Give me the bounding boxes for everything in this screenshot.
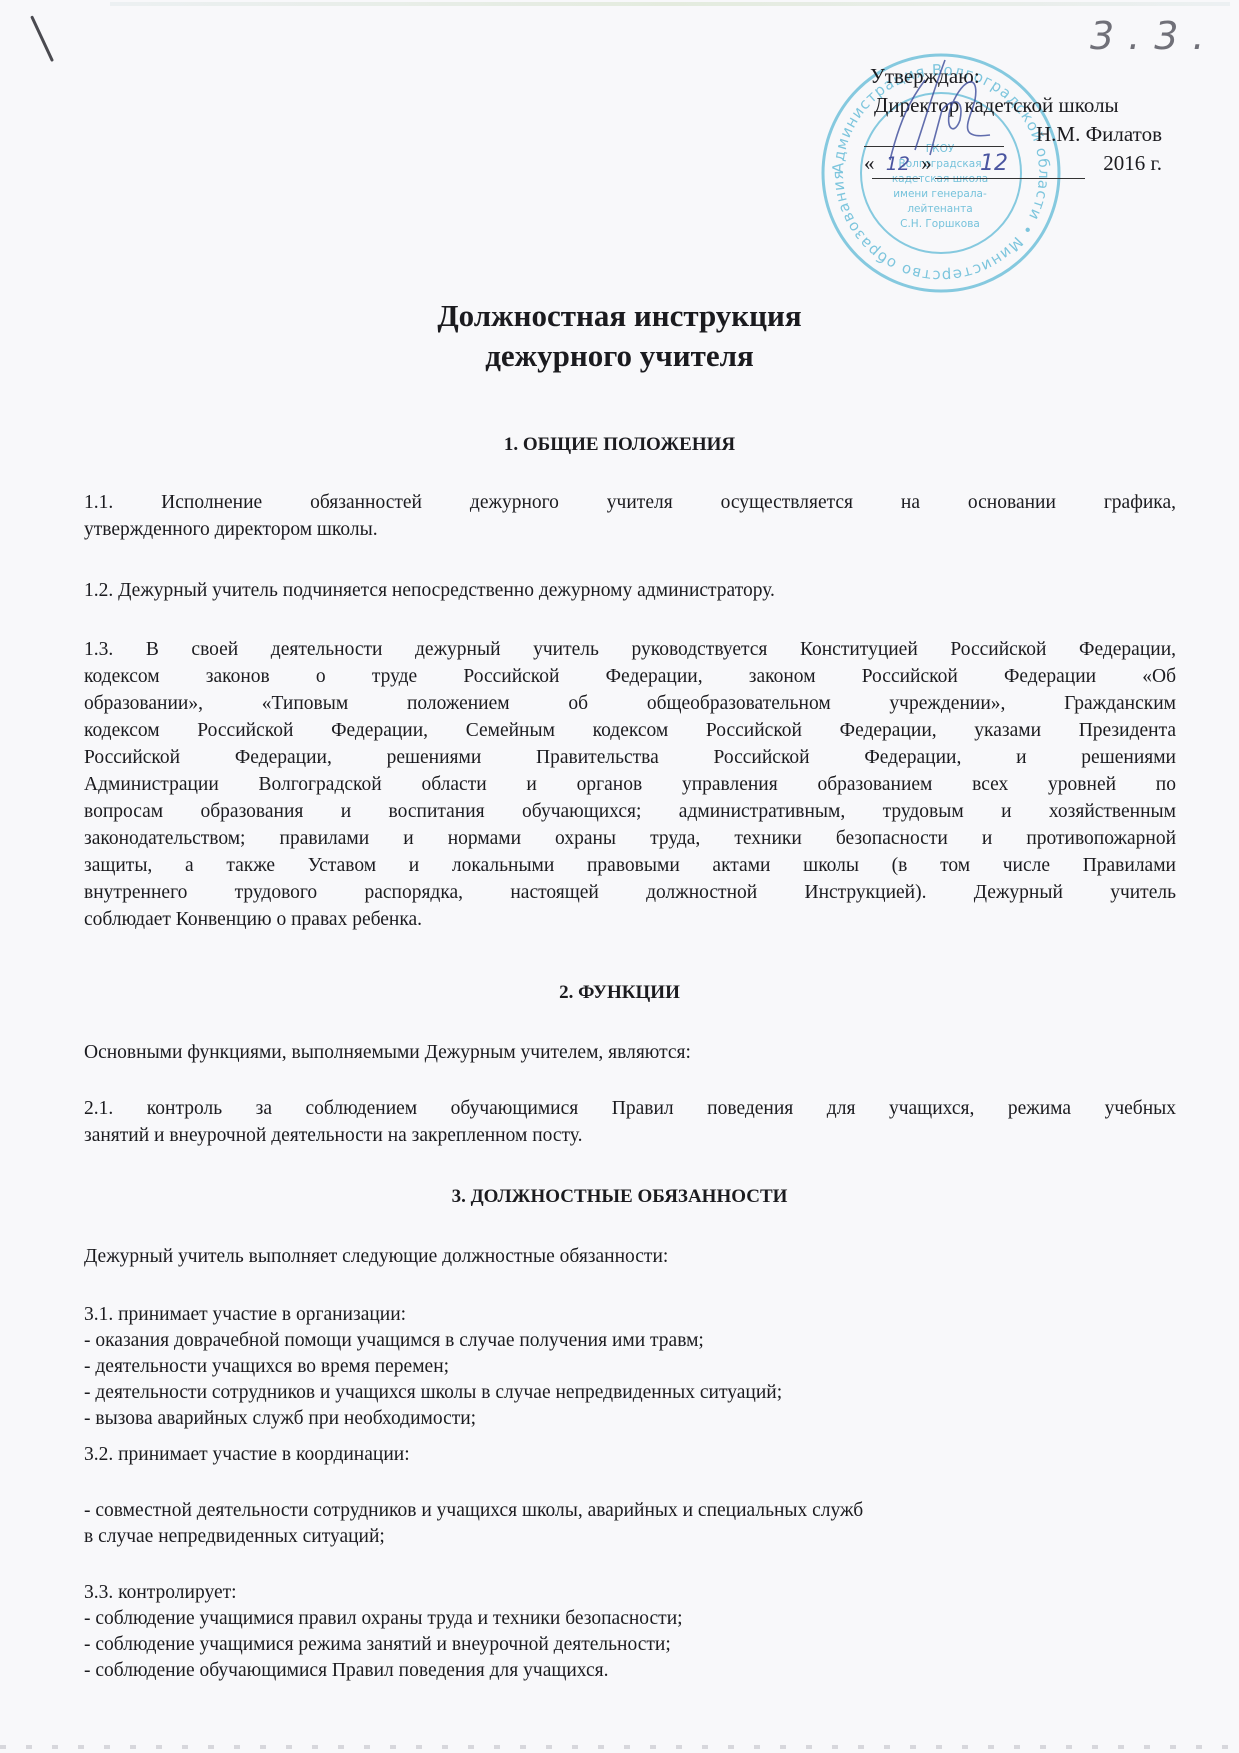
- section-3-heading: 3. ДОЛЖНОСТНЫЕ ОБЯЗАННОСТИ: [0, 1186, 1239, 1208]
- signature: [870, 40, 1020, 190]
- paragraph-1-1: 1.1. Исполнение обязанностей дежурного у…: [84, 490, 1176, 543]
- paragraph-1-2: 1.2. Дежурный учитель подчиняется непоср…: [84, 578, 1176, 605]
- section-1-heading: 1. ОБЩИЕ ПОЛОЖЕНИЯ: [0, 434, 1239, 456]
- paragraph-2-1: 2.1. контроль за соблюдением обучающимис…: [84, 1096, 1176, 1149]
- page-number: 3.3.: [1090, 14, 1219, 58]
- paragraph-3-2-label: 3.2. принимает участие в координации:: [84, 1442, 1176, 1469]
- functions-intro: Основными функциями, выполняемыми Дежурн…: [84, 1040, 1176, 1067]
- pen-mark: [30, 15, 54, 62]
- scan-edge-dots: [0, 1745, 1239, 1749]
- paragraph-3-1-label: 3.1. принимает участие в организации:: [84, 1302, 1176, 1328]
- date-year: 2016 г.: [1103, 149, 1162, 178]
- list-item: в случае непредвиденных ситуаций;: [84, 1524, 1176, 1550]
- paragraph-3-1: 3.1. принимает участие в организации: - …: [84, 1302, 1176, 1432]
- scan-edge-strip: [110, 2, 1230, 6]
- scanned-page: 3.3. Администрация Волгоградской области…: [0, 0, 1239, 1753]
- list-item: - совместной деятельности сотрудников и …: [84, 1498, 1176, 1524]
- list-item: - деятельности сотрудников и учащихся шк…: [84, 1380, 1176, 1406]
- list-item: - деятельности учащихся во время перемен…: [84, 1354, 1176, 1380]
- list-item: - соблюдение учащимися правил охраны тру…: [84, 1606, 1176, 1632]
- paragraph-3-3: 3.3. контролирует: - соблюдение учащимис…: [84, 1580, 1176, 1684]
- document-title: Должностная инструкция дежурного учителя: [0, 296, 1239, 376]
- list-item: - вызова аварийных служб при необходимос…: [84, 1406, 1176, 1432]
- paragraph-3-3-label: 3.3. контролирует:: [84, 1580, 1176, 1606]
- list-item: - соблюдение обучающимися Правил поведен…: [84, 1658, 1176, 1684]
- paragraph-3-2: - совместной деятельности сотрудников и …: [84, 1498, 1176, 1550]
- duties-intro: Дежурный учитель выполняет следующие дол…: [84, 1244, 1176, 1271]
- list-item: - оказания доврачебной помощи учащимся в…: [84, 1328, 1176, 1354]
- paragraph-1-3: 1.3. В своей деятельности дежурный учите…: [84, 636, 1176, 933]
- list-item: - соблюдение учащимися режима занятий и …: [84, 1632, 1176, 1658]
- section-2-heading: 2. ФУНКЦИИ: [0, 982, 1239, 1004]
